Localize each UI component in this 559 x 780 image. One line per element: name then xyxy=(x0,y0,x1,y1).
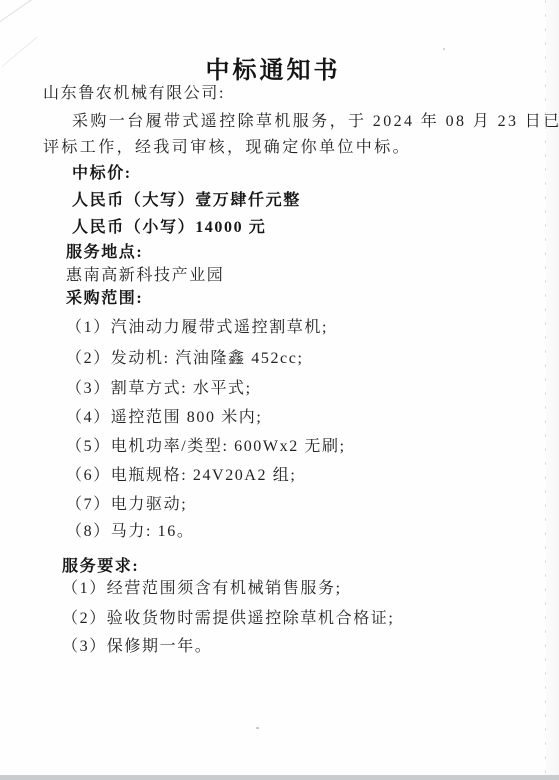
scope-label: 采购范围: xyxy=(66,289,143,308)
scan-crease-mark xyxy=(0,0,44,25)
scope-item-1: （1）汽油动力履带式遥控割草机; xyxy=(66,318,328,337)
document-title: 中标通知书 xyxy=(0,50,546,85)
requirement-item-1: （1）经营范围须含有机械销售服务; xyxy=(62,579,342,598)
recipient-line: 山东鲁农机械有限公司: xyxy=(43,84,225,103)
scan-bottom-edge xyxy=(0,775,559,780)
intro-line-1: 采购一台履带式遥控除草机服务，于 2024 年 08 月 23 日已完成 xyxy=(72,112,559,131)
service-location-label: 服务地点: xyxy=(66,243,143,262)
scope-item-6: （6）电瓶规格: 24V20A2 组; xyxy=(66,466,296,485)
scanned-document-page: 中标通知书 山东鲁农机械有限公司: 采购一台履带式遥控除草机服务，于 2024 … xyxy=(0,0,559,780)
requirement-item-3: （3）保修期一年。 xyxy=(62,637,212,656)
price-numeric: 人民币（小写）14000 元 xyxy=(72,218,266,237)
scope-item-7: （7）电力驱动; xyxy=(66,495,187,514)
scope-item-8: （8）马力: 16。 xyxy=(66,522,194,541)
scope-item-4: （4）遥控范围 800 米内; xyxy=(66,408,262,427)
price-uppercase: 人民币（大写）壹万肆仟元整 xyxy=(72,191,301,210)
scope-item-3: （3）割草方式: 水平式; xyxy=(66,379,252,398)
intro-line-2: 评标工作，经我司审核，现确定你单位中标。 xyxy=(43,138,411,157)
scope-item-2: （2）发动机: 汽油隆鑫 452cc; xyxy=(66,349,304,368)
price-label: 中标价: xyxy=(72,164,132,183)
scope-item-5: （5）电机功率/类型: 600Wx2 无刷; xyxy=(66,437,346,456)
scan-speck xyxy=(256,727,259,729)
requirement-item-2: （2）验收货物时需提供遥控除草机合格证; xyxy=(62,609,394,628)
service-location-value: 惠南高新科技产业园 xyxy=(66,266,224,285)
requirements-label: 服务要求: xyxy=(62,557,139,576)
